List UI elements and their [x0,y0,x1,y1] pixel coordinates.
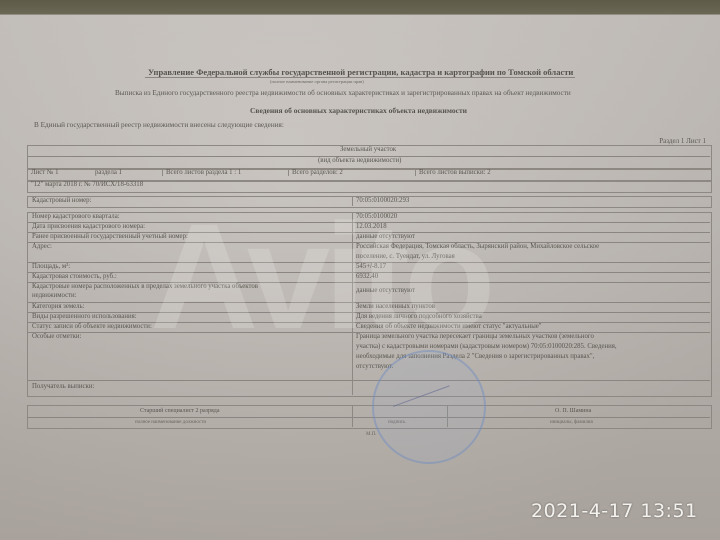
signer-name: О. П. Шамина [555,408,591,414]
row-value-cont: необходимые для заполнения Раздела 2 "Св… [356,353,594,360]
sheet-number: Лист № 1 [31,169,59,176]
document-date-number: "12" марта 2018 г. № 70/ИСХ/18-63318 [31,181,143,188]
agency-name: Управление Федеральной службы государств… [148,67,573,77]
row-value: 6932.40 [356,273,378,280]
row-value: 12.03.2018 [356,223,387,230]
position-caption: полное наименование должности [135,420,206,425]
row-label: Получатель выписки: [32,383,94,390]
object-type-caption: (вид объекта недвижимости) [318,157,401,164]
row-label: Дата присвоения кадастрового номера: [32,223,145,230]
agency-caption: (полное наименование органа регистрации … [270,79,364,84]
extract-title: Выписка из Единого государственного реес… [115,89,571,97]
photo-timestamp: 2021-4-17 13:51 [531,500,698,522]
section-title: Сведения об основных характеристиках объ… [250,106,467,115]
divider [352,196,353,206]
total-sections: Всего разделов: 2 [288,169,343,176]
row-label: Ранее присвоенный государственный учетны… [32,233,188,240]
row-value-cont: поселение, с. Туендат, ул. Луговая [356,253,455,260]
total-extract-sheets: Всего листов выписки: 2 [415,169,491,176]
sheet-section: раздела 1 [95,169,122,176]
row-label: Виды разрешенного использования: [32,313,137,320]
row-value: данные отсутствуют [356,287,415,294]
intro-text: В Единый государственный реестр недвижим… [34,121,284,129]
row-label: Категория земель: [32,303,85,310]
cadastral-number-label: Кадастровый номер: [32,197,91,204]
row-value: Сведения об объекте недвижимости имеют с… [356,323,542,330]
row-value: Граница земельного участка пересекает гр… [356,333,594,340]
row-label: Номер кадастрового квартала: [32,213,120,220]
cadastral-number-value: 70:05:0100020:293 [356,197,409,204]
row-value: данные отсутствуют [356,233,415,240]
section-reference: Раздел 1 Лист 1 [659,137,706,145]
total-section-sheets: Всего листов раздела 1 : 1 [162,169,241,176]
divider [27,380,710,381]
row-value: 545+/-8.17 [356,263,386,270]
photo-scene: Управление Федеральной службы государств… [0,0,720,540]
divider [352,405,353,427]
signer-position: Старший специалист 2 разряда [140,408,220,414]
row-value-cont: участка) с кадастровыми номерами (кадаст… [356,343,617,350]
row-label: Статус записи об объекте недвижимости: [32,323,152,330]
row-label: Кадастровая стоимость, руб.: [32,273,117,280]
row-value: 70:05:0100020 [356,213,397,220]
sheet-info-box [27,169,712,181]
object-type: Земельный участок [340,146,396,153]
divider [27,417,710,418]
row-label: Особые отметки: [32,333,81,340]
row-label-cont: недвижимости: [32,292,77,299]
seal-label: М.П. [366,432,377,437]
divider [145,77,575,78]
row-value: Российская Федерация, Томская область, З… [356,243,599,250]
row-label: Адрес: [32,243,52,250]
row-label: Кадастровые номера расположенных в преде… [32,283,258,290]
row-value: Для ведения личного подсобного хозяйства [356,313,482,320]
row-label: Площадь, м²: [32,263,70,270]
column-divider [352,212,353,395]
row-value: Земли населенных пунктов [356,303,435,310]
name-caption: инициалы, фамилия [550,420,593,425]
